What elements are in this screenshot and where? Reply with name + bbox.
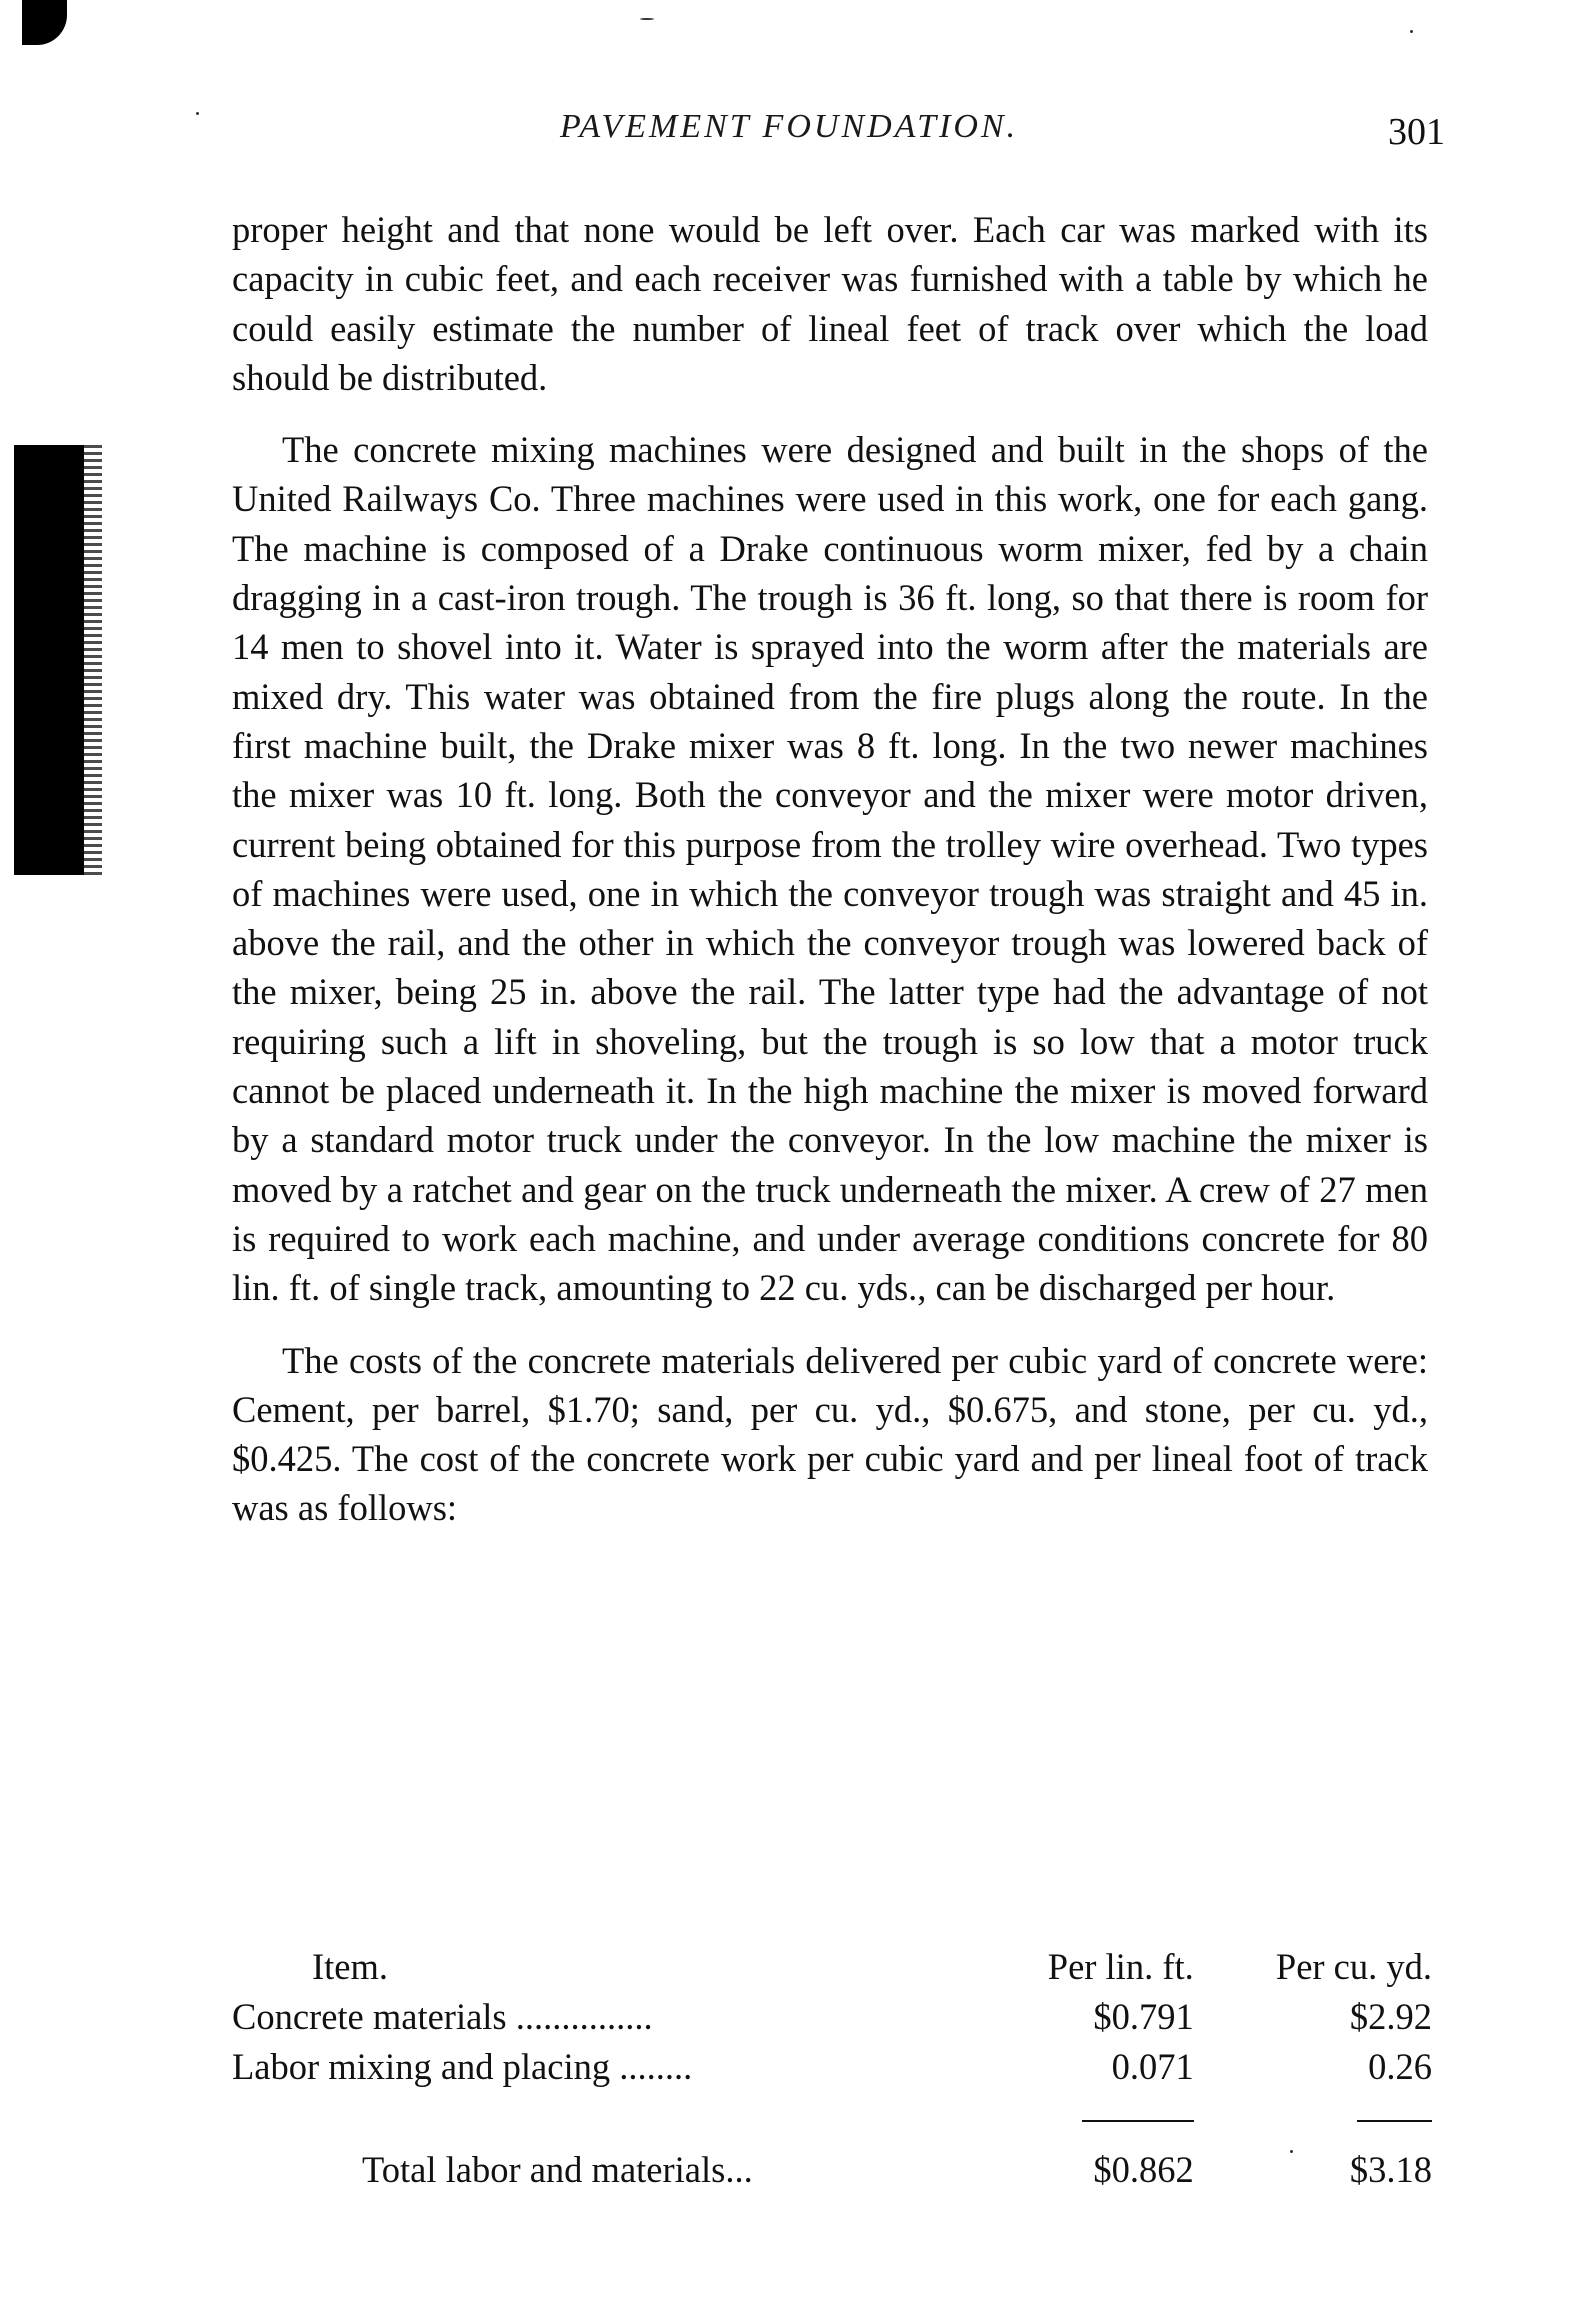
sum-rule-row bbox=[232, 2088, 1432, 2131]
row-per-cu-yd: 0.26 bbox=[1257, 2038, 1432, 2088]
scan-speck bbox=[640, 18, 654, 20]
sum-rule bbox=[1082, 2120, 1194, 2122]
total-item: Total labor and materials... bbox=[232, 2131, 997, 2191]
row-item: Labor mixing and placing ........ bbox=[232, 2038, 997, 2088]
page-number: 301 bbox=[1388, 110, 1445, 154]
scan-corner-artifact bbox=[22, 0, 67, 45]
row-per-lin-ft: 0.071 bbox=[997, 2038, 1194, 2088]
cost-table: Item. Per lin. ft. Per cu. yd. Concrete … bbox=[232, 1938, 1432, 2191]
running-header-title: PAVEMENT FOUNDATION. bbox=[560, 108, 1018, 146]
scan-binding-shadow bbox=[14, 445, 84, 875]
total-per-lin-ft: $0.862 bbox=[997, 2131, 1194, 2191]
total-per-cu-yd: $3.18 bbox=[1257, 2131, 1432, 2191]
sum-rule bbox=[1357, 2120, 1432, 2122]
header-per-lin-ft: Per lin. ft. bbox=[997, 1938, 1194, 1988]
table-header-row: Item. Per lin. ft. Per cu. yd. bbox=[232, 1938, 1432, 1988]
table-total-row: Total labor and materials... $0.862 $3.1… bbox=[232, 2131, 1432, 2191]
scan-speck bbox=[1410, 30, 1413, 33]
scan-speck bbox=[196, 112, 199, 115]
row-per-lin-ft: $0.791 bbox=[997, 1988, 1194, 2038]
table-row: Concrete materials ............... $0.79… bbox=[232, 1988, 1432, 2038]
paragraph-mixing-machines: The concrete mixing machines were design… bbox=[232, 425, 1428, 1312]
book-page: PAVEMENT FOUNDATION. 301 proper height a… bbox=[0, 0, 1582, 2307]
paragraph-material-costs: The costs of the concrete materials deli… bbox=[232, 1336, 1428, 1533]
paragraph-continuation: proper height and that none would be lef… bbox=[232, 205, 1428, 402]
body-text: proper height and that none would be lef… bbox=[232, 205, 1428, 1533]
row-per-cu-yd: $2.92 bbox=[1257, 1988, 1432, 2038]
header-item: Item. bbox=[232, 1938, 997, 1988]
header-per-cu-yd: Per cu. yd. bbox=[1257, 1938, 1432, 1988]
table-row: Labor mixing and placing ........ 0.071 … bbox=[232, 2038, 1432, 2088]
row-item: Concrete materials ............... bbox=[232, 1988, 997, 2038]
